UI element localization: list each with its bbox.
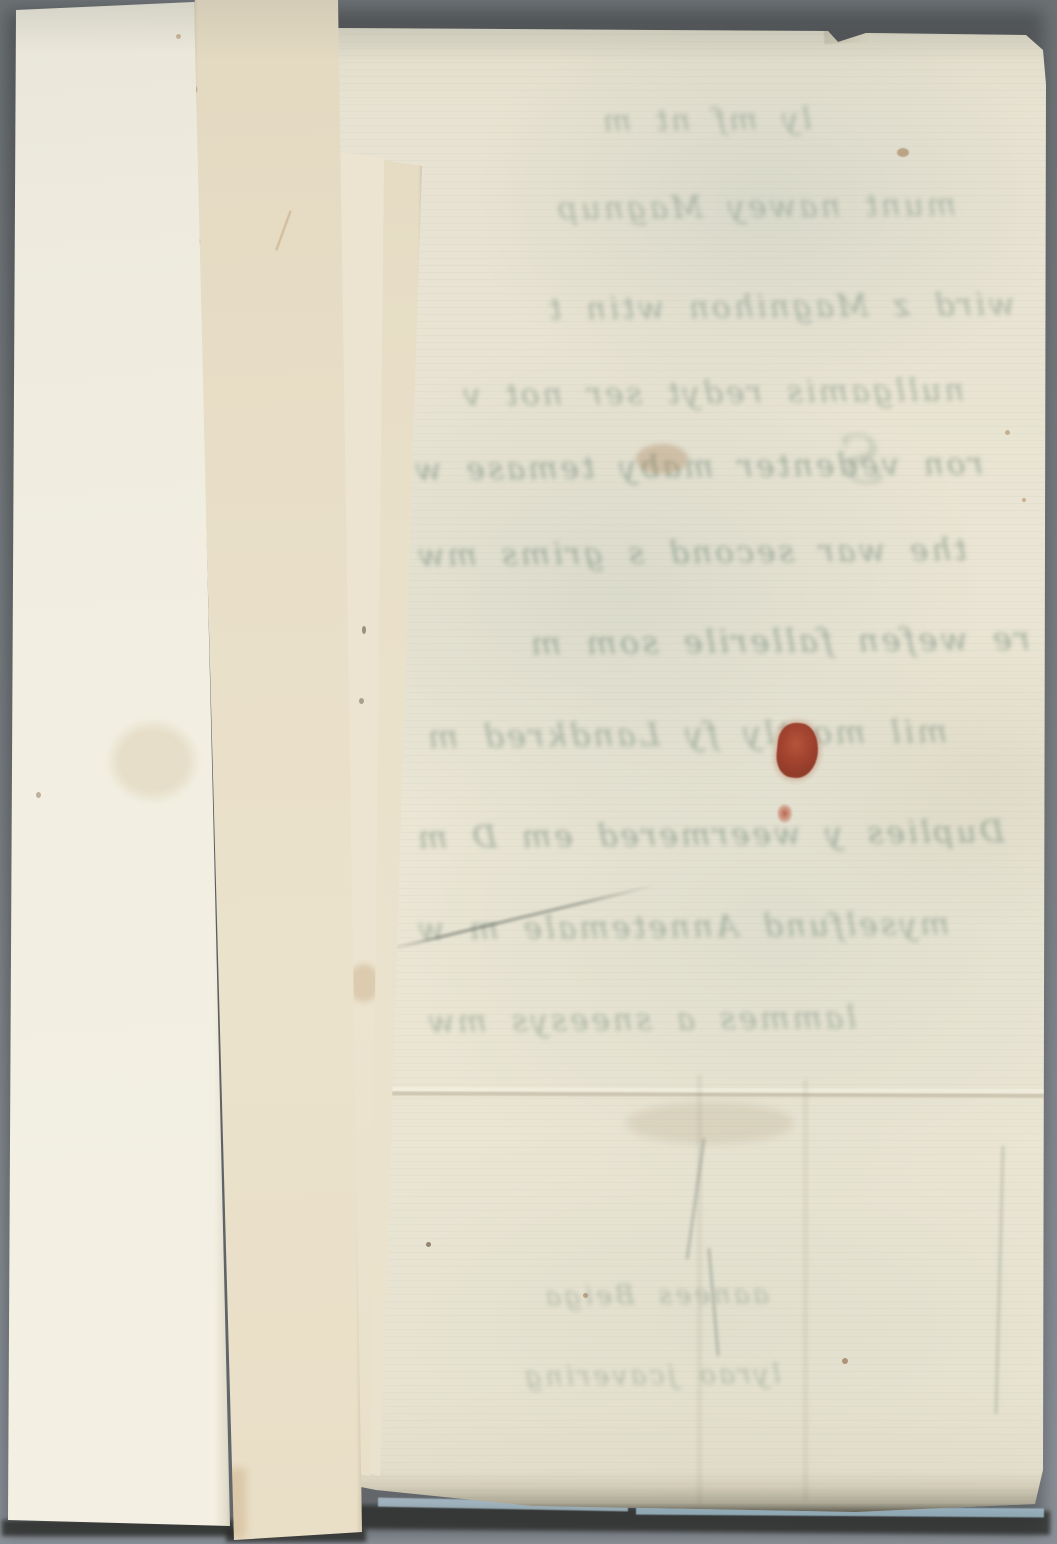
stain-spot — [426, 1242, 431, 1247]
bleedthrough-line: mil mostly fy Landkred m — [425, 715, 948, 752]
bleedthrough-line: lammes a sneesys mw — [425, 1003, 857, 1039]
bleedthrough-line: munt nawey Magnup — [555, 190, 956, 225]
bleedthrough-line: wird z Magnihon wtin t — [546, 290, 1015, 326]
bleedthrough-line: the war second s grims mw — [415, 535, 967, 572]
stain-spot — [842, 1358, 848, 1364]
bleedthrough-line: myselfund Annetemale m w — [415, 909, 950, 946]
stain-spot — [583, 1293, 588, 1298]
paper-fiber-mark — [275, 211, 304, 256]
graphite-stroke — [994, 1146, 1004, 1414]
stain-spot — [897, 148, 909, 157]
bleedthrough-address-line: lyrao jcavering — [522, 1361, 781, 1391]
stain-smudge — [626, 1102, 794, 1144]
bleedthrough-line: nullgamis redyt ser not v — [460, 375, 965, 411]
stain-smudge — [112, 724, 194, 798]
bleedthrough-line: Duplies y weermered em D m — [415, 817, 1005, 854]
stain-spot — [36, 792, 41, 798]
stain-spot — [1005, 430, 1010, 435]
paper-flap-left — [0, 0, 234, 1538]
bleedthrough-line: ron vedenter maby temase w — [412, 449, 984, 486]
stain-spot — [1022, 498, 1026, 502]
graphite-stroke — [686, 1138, 706, 1259]
horizontal-fold-crease — [344, 1087, 1044, 1100]
bleedthrough-flourish: S — [836, 428, 885, 495]
bleedthrough-address-line: aanees Beiga — [542, 1281, 769, 1310]
letter-photo: ly mf nt m munt nawey Magnup wird z Magn… — [0, 0, 1057, 1544]
stain-spot — [362, 626, 366, 634]
stain-spot — [359, 698, 364, 704]
stain-spot — [636, 444, 688, 474]
vertical-fold-shadow — [804, 1080, 807, 1500]
wax-seal-droplet — [777, 804, 794, 825]
stain-spot — [176, 34, 181, 39]
letter-main-sheet: ly mf nt m munt nawey Magnup wird z Magn… — [336, 20, 1048, 1536]
bleedthrough-line: re wefen fallerile som m — [528, 622, 1030, 659]
bleedthrough-line: ly mf nt m — [600, 105, 812, 137]
